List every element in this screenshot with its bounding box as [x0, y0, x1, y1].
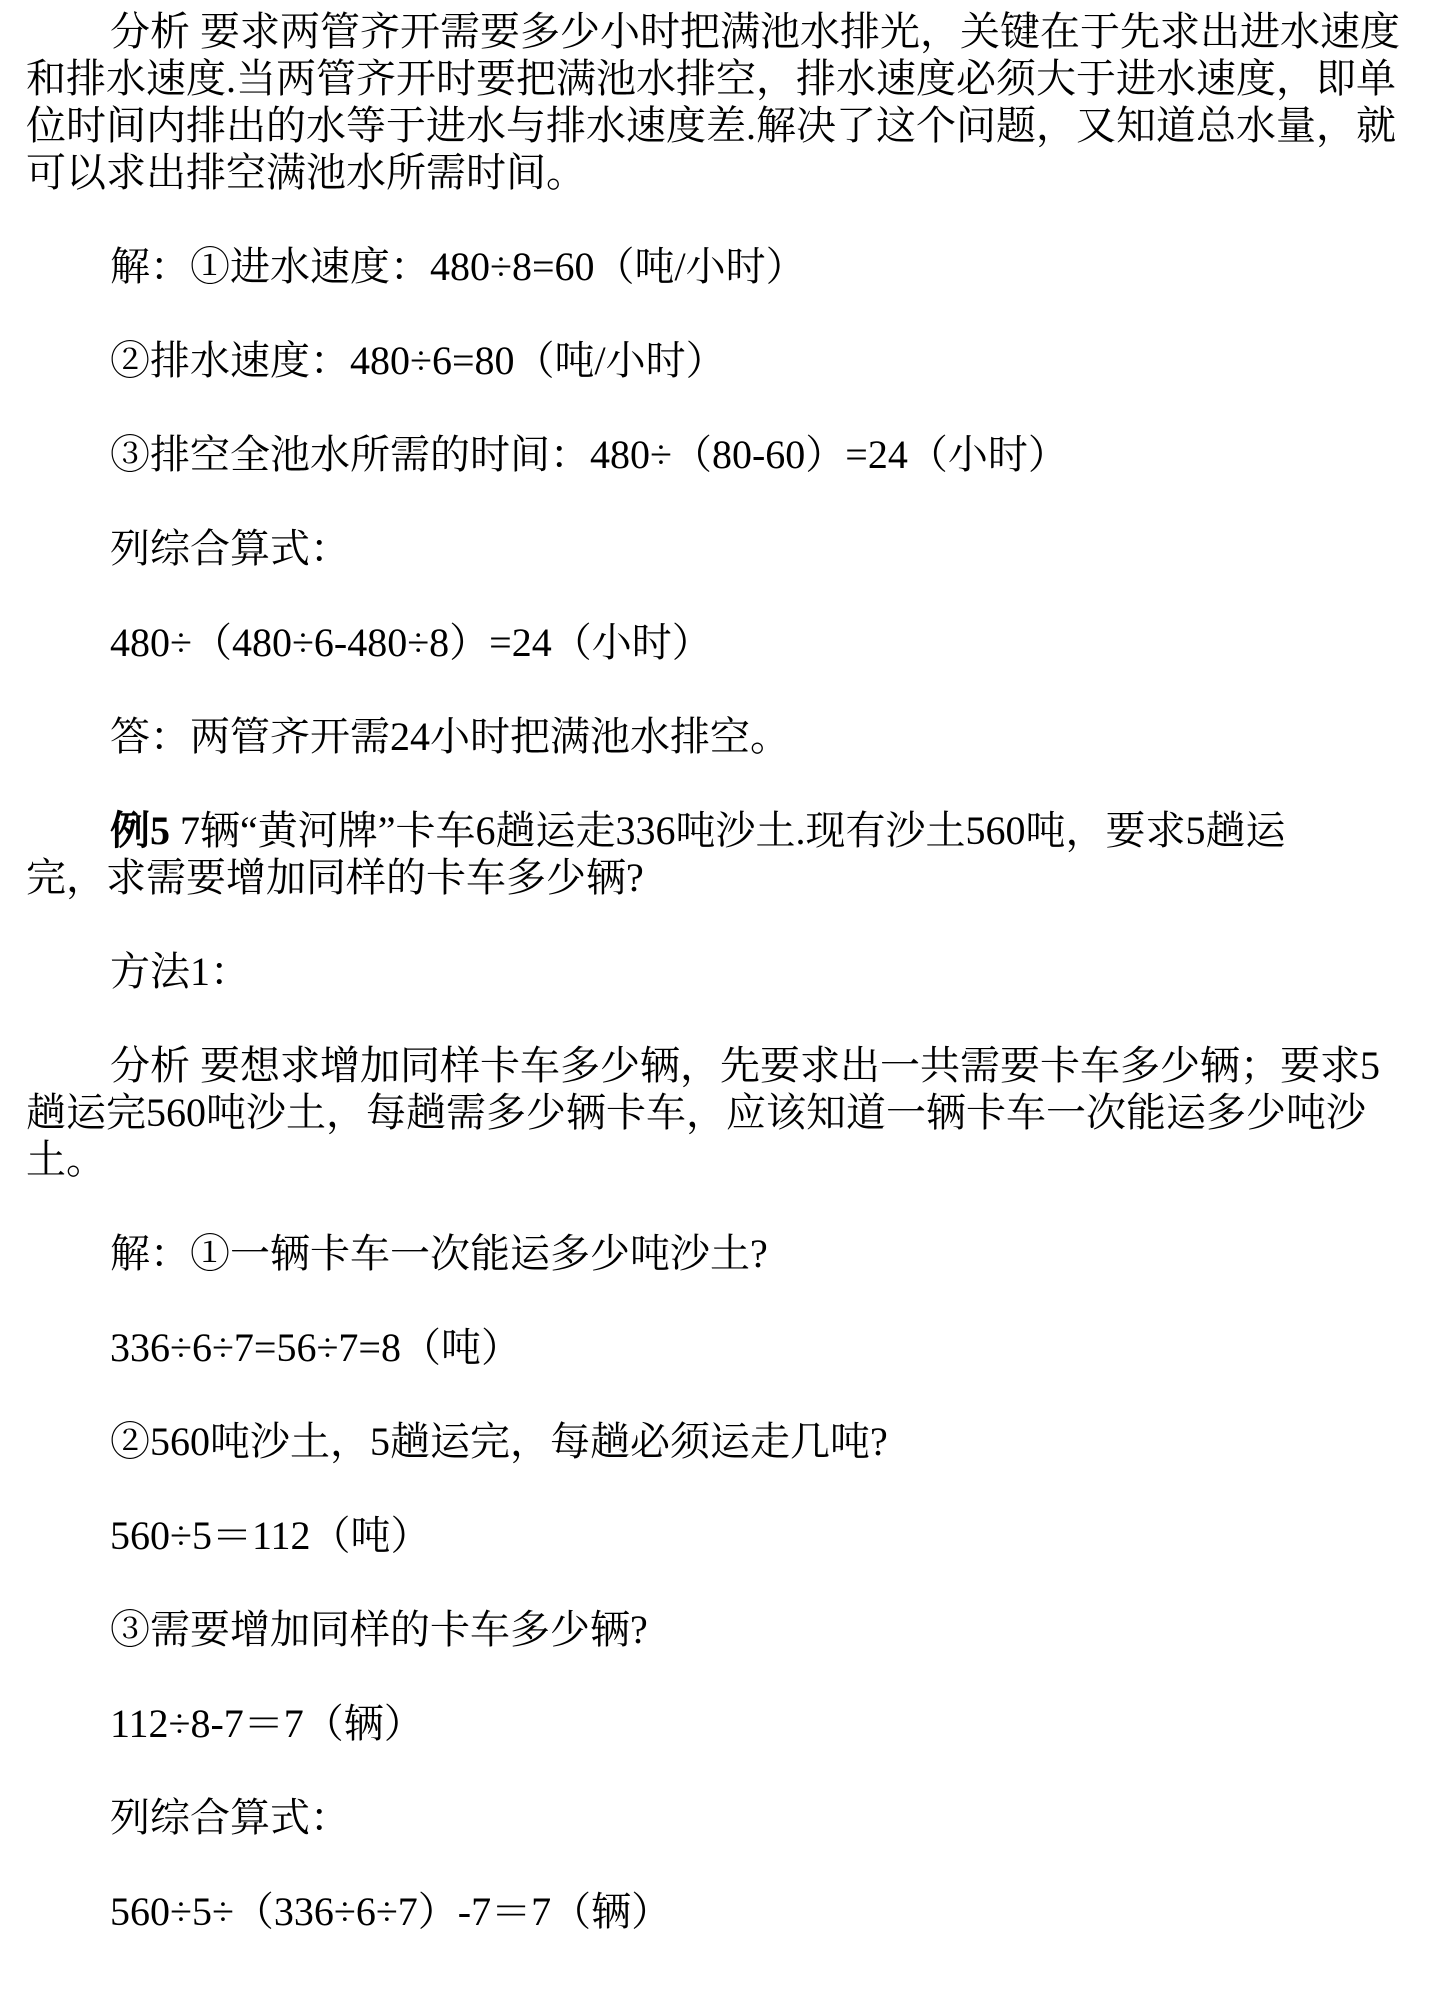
- example-number-label: 例5: [110, 808, 170, 853]
- solution-step-1-truck-load: 解：①一辆卡车一次能运多少吨沙土?: [26, 1230, 1432, 1277]
- text-line: 列综合算式：: [26, 1794, 1432, 1841]
- example-problem-text: 7辆“黄河牌”卡车6趟运走336吨沙土.现有沙土560吨，要求5趟运: [170, 808, 1286, 853]
- solution-step-1-inflow-rate: 解：①进水速度：480÷8=60（吨/小时）: [26, 243, 1432, 290]
- text-line: 答：两管齐开需24小时把满池水排空。: [26, 713, 1432, 760]
- text-line: 方法1：: [26, 948, 1432, 995]
- math-solution-document: 分析 要求两管齐开需要多少小时把满池水排光，关键在于先求出进水速度 和排水速度.…: [0, 0, 1452, 2016]
- equation-line: 560÷5＝112（吨）: [26, 1512, 1432, 1559]
- solution-step-2-outflow-rate: ②排水速度：480÷6=80（吨/小时）: [26, 337, 1432, 384]
- text-line: 列综合算式：: [26, 525, 1432, 572]
- text-line: 和排水速度.当两管齐开时要把满池水排空，排水速度必须大于进水速度，即单: [26, 55, 1432, 102]
- analysis-paragraph-1: 分析 要求两管齐开需要多少小时把满池水排光，关键在于先求出进水速度 和排水速度.…: [26, 8, 1432, 196]
- text-line: 土。: [26, 1136, 1432, 1183]
- combined-expression-label-1: 列综合算式：: [26, 525, 1432, 572]
- text-line: ②排水速度：480÷6=80（吨/小时）: [26, 337, 1432, 384]
- text-line: 趟运完560吨沙土，每趟需多少辆卡车，应该知道一辆卡车一次能运多少吨沙: [26, 1089, 1432, 1136]
- text-line: ②560吨沙土，5趟运完，每趟必须运走几吨?: [26, 1418, 1432, 1465]
- question-step-3-extra-trucks: ③需要增加同样的卡车多少辆?: [26, 1606, 1432, 1653]
- equation-extra-trucks: 112÷8-7＝7（辆）: [26, 1700, 1432, 1747]
- combined-expression-label-2: 列综合算式：: [26, 1794, 1432, 1841]
- text-line: 例5 7辆“黄河牌”卡车6趟运走336吨沙土.现有沙土560吨，要求5趟运: [26, 807, 1432, 854]
- combined-expression-2: 560÷5÷（336÷6÷7）-7＝7（辆）: [26, 1888, 1432, 1935]
- equation-truck-load: 336÷6÷7=56÷7=8（吨）: [26, 1324, 1432, 1371]
- equation-line: 560÷5÷（336÷6÷7）-7＝7（辆）: [26, 1888, 1432, 1935]
- text-line: 解：①一辆卡车一次能运多少吨沙土?: [26, 1230, 1432, 1277]
- solution-step-3-time: ③排空全池水所需的时间：480÷（80-60）=24（小时）: [26, 431, 1432, 478]
- text-line: 可以求出排空满池水所需时间。: [26, 149, 1432, 196]
- equation-per-trip: 560÷5＝112（吨）: [26, 1512, 1432, 1559]
- analysis-paragraph-2: 分析 要想求增加同样卡车多少辆，先要求出一共需要卡车多少辆；要求5 趟运完560…: [26, 1042, 1432, 1183]
- equation-line: 480÷（480÷6-480÷8）=24（小时）: [26, 619, 1432, 666]
- text-line: 分析 要求两管齐开需要多少小时把满池水排光，关键在于先求出进水速度: [26, 8, 1432, 55]
- method-1-label: 方法1：: [26, 948, 1432, 995]
- text-line: ③排空全池水所需的时间：480÷（80-60）=24（小时）: [26, 431, 1432, 478]
- text-line: 分析 要想求增加同样卡车多少辆，先要求出一共需要卡车多少辆；要求5: [26, 1042, 1432, 1089]
- equation-line: 112÷8-7＝7（辆）: [26, 1700, 1432, 1747]
- text-line: ③需要增加同样的卡车多少辆?: [26, 1606, 1432, 1653]
- answer-statement-1: 答：两管齐开需24小时把满池水排空。: [26, 713, 1432, 760]
- text-line: 位时间内排出的水等于进水与排水速度差.解决了这个问题，又知道总水量，就: [26, 102, 1432, 149]
- example-5-problem: 例5 7辆“黄河牌”卡车6趟运走336吨沙土.现有沙土560吨，要求5趟运 完，…: [26, 807, 1432, 901]
- text-line: 完，求需要增加同样的卡车多少辆?: [26, 854, 1432, 901]
- question-step-2-per-trip: ②560吨沙土，5趟运完，每趟必须运走几吨?: [26, 1418, 1432, 1465]
- equation-line: 336÷6÷7=56÷7=8（吨）: [26, 1324, 1432, 1371]
- text-line: 解：①进水速度：480÷8=60（吨/小时）: [26, 243, 1432, 290]
- combined-expression-1: 480÷（480÷6-480÷8）=24（小时）: [26, 619, 1432, 666]
